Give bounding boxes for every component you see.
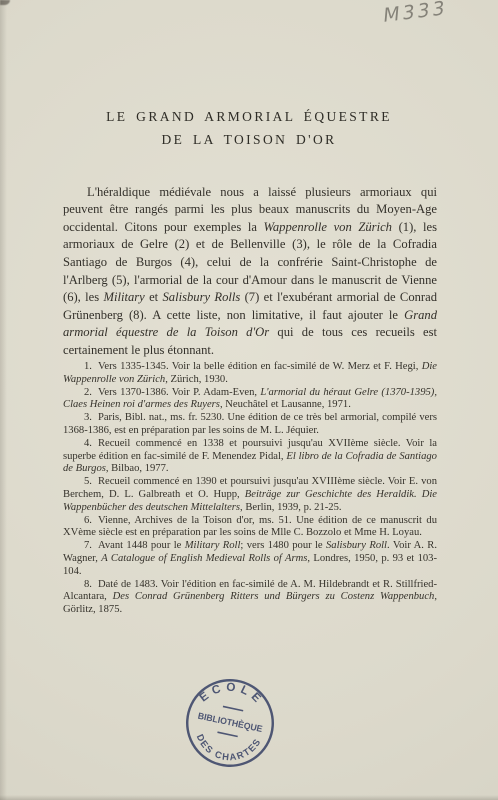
footnote: 3.Paris, Bibl. nat., ms. fr. 5230. Une é… bbox=[63, 412, 437, 438]
article-title-line1: LE GRAND ARMORIAL ÉQUESTRE bbox=[0, 109, 498, 125]
footnote-text: Daté de 1483. Voir l'édition en fac-simi… bbox=[63, 579, 437, 616]
footnote-text: Avant 1448 pour le Military Roll; vers 1… bbox=[63, 540, 437, 577]
stamp-top-text: ECOLE bbox=[196, 679, 267, 709]
footnote-number: 8. bbox=[84, 579, 92, 590]
scanned-document-page: M333 LE GRAND ARMORIAL ÉQUESTRE DE LA TO… bbox=[0, 0, 498, 800]
footnote-text: Paris, Bibl. nat., ms. fr. 5230. Une édi… bbox=[63, 412, 437, 436]
footnote-number: 2. bbox=[84, 387, 92, 398]
intro-paragraph: L'héraldique médiévale nous a laissé plu… bbox=[63, 184, 437, 360]
footnote-number: 6. bbox=[84, 515, 92, 526]
scan-corner-artifact bbox=[0, 0, 10, 5]
footnote: 7.Avant 1448 pour le Military Roll; vers… bbox=[63, 540, 437, 578]
footnote-number: 7. bbox=[84, 540, 92, 551]
article-title-line2: DE LA TOISON D'OR bbox=[0, 132, 498, 148]
footnote-text: Recueil commencé en 1390 et poursuivi ju… bbox=[63, 476, 437, 513]
footnote-number: 1. bbox=[84, 361, 92, 372]
footnote: 4.Recueil commencé en 1338 et poursuivi … bbox=[63, 438, 437, 476]
footnote: 2.Vers 1370-1386. Voir P. Adam-Even, L'a… bbox=[63, 387, 437, 413]
stamp-upper-rule bbox=[223, 706, 244, 712]
footnote: 8.Daté de 1483. Voir l'édition en fac-si… bbox=[63, 579, 437, 617]
handwritten-shelfmark: M333 bbox=[383, 0, 449, 27]
article-title: LE GRAND ARMORIAL ÉQUESTRE DE LA TOISON … bbox=[0, 109, 498, 148]
stamp-lower-rule bbox=[217, 731, 238, 737]
footnote-number: 5. bbox=[84, 476, 92, 487]
stamp-middle-text: BIBLIOTHÈQUE bbox=[197, 710, 264, 734]
footnote-text: Vienne, Archives de la Toison d'or, ms. … bbox=[63, 515, 437, 539]
footnote-text: Vers 1370-1386. Voir P. Adam-Even, L'arm… bbox=[63, 387, 437, 411]
footnotes: 1.Vers 1335-1345. Voir la belle édition … bbox=[63, 361, 437, 617]
footnote-text: Recueil commencé en 1338 et poursuivi ju… bbox=[63, 438, 437, 475]
library-stamp: ECOLE DES CHARTES BIBLIOTHÈQUE bbox=[180, 673, 280, 773]
footnote-number: 3. bbox=[84, 412, 92, 423]
footnote-number: 4. bbox=[84, 438, 92, 449]
footnote: 6.Vienne, Archives de la Toison d'or, ms… bbox=[63, 515, 437, 541]
footnote-text: Vers 1335-1345. Voir la belle édition en… bbox=[63, 361, 437, 385]
footnote: 1.Vers 1335-1345. Voir la belle édition … bbox=[63, 361, 437, 387]
footnote: 5.Recueil commencé en 1390 et poursuivi … bbox=[63, 476, 437, 514]
